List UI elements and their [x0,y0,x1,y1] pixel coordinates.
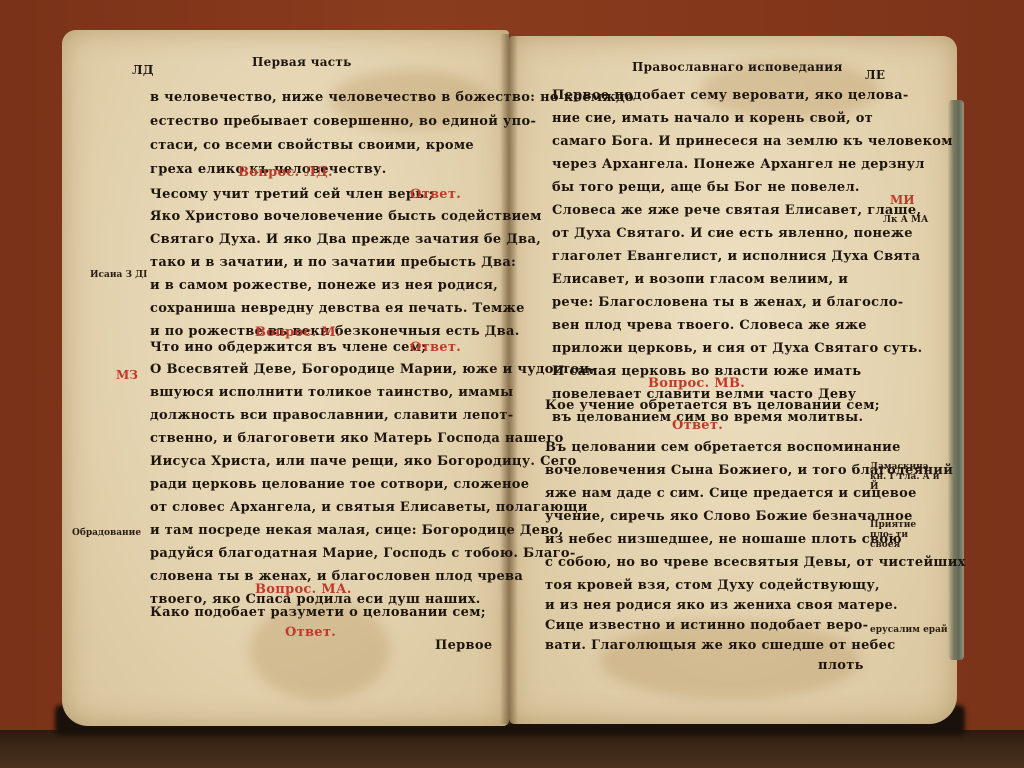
text-line: ние сие, имать начало и корень свой, от [552,111,873,126]
text-line: глаголет Евангелист, и исполнися Духа Св… [552,249,920,264]
margin-note: Обрадование [72,528,141,538]
text-line: Яко Христово вочеловечение бысть содейст… [150,209,542,224]
running-head: Православнаго исповедания [632,60,843,74]
question-lead: Кое учение обретается въ целовании сем; [545,398,880,413]
question-heading: Вопрос. М. [255,325,341,340]
margin-note: МЗ [116,368,138,382]
running-head: Первая часть [252,55,352,69]
text-line: Елисавет, и возопи гласом велиим, и [552,272,848,287]
text-line: О Всесвятей Деве, Богородице Марии, юже … [150,362,595,377]
table-edge [0,730,1024,768]
text-line: ственно, и благоговети яко Матерь Господ… [150,431,564,446]
text-line: приложи церковь, и сия от Духа Святаго с… [552,341,922,356]
text-line: Святаго Духа. И яко Два прежде зачатия б… [150,232,541,247]
text-line: вати. Глаголющыя же яко сшедше от небес [545,638,895,653]
question-heading: Вопрос. ЛД. [238,165,333,180]
margin-note: Приятие пло- ти своея [870,520,940,550]
text-line: плоть [818,658,864,673]
text-line: самаго Бога. И принесеся на землю къ чел… [552,134,953,149]
answer-label: Ответ. [672,418,723,433]
answer-label: Ответ. [410,187,461,202]
folio-number: ЛД [132,63,154,77]
margin-note: МИ [890,193,915,207]
text-line: вен плод чрева твоего. Словеса же яже [552,318,867,333]
book-fore-edge [948,100,964,660]
text-line: от Духа Святаго. И сие есть явленно, пон… [552,226,913,241]
text-line: Въ целовании сем обретается воспоминание [545,440,901,455]
text-line: с собою, но во чреве всесвятыя Девы, от … [545,555,966,570]
text-line: яже нам даде с сим. Сице предается и сиц… [545,486,917,501]
text-line: из небес низшедшее, не ношаше плоть свою [545,532,902,547]
answer-label: Ответ. [410,340,461,355]
text-line: через Архангела. Понеже Архангел не дерз… [552,157,925,172]
text-line: Словеса же яже рече святая Елисавет, гла… [552,203,921,218]
text-line: и в самом рожестве, понеже из нея родися… [150,278,498,293]
text-line: радуйся благодатная Марие, Господь с тоб… [150,546,576,561]
question-lead: Что ино обдержится въ члене сем; [150,340,426,355]
question-heading: Вопрос. МА. [255,582,352,597]
text-line: стаси, со всеми свойствы своими, кроме [150,138,474,153]
text-line: бы того рещи, аще бы Бог не повелел. [552,180,860,195]
text-line: от словес Архангела, и святыя Елисаветы,… [150,500,588,515]
text-line: тоя кровей взя, стом Духу содействующу, [545,578,880,593]
text-line: учение, сиречь яко Слово Божие безначалн… [545,509,913,524]
text-line: и из нея родися яко из жениха своя матер… [545,598,898,613]
margin-note: Исаиа З ДІ [90,270,147,280]
text-line: сохраниша невредну девства ея печать. Те… [150,301,525,316]
text-line: должность вси православнии, славити лепо… [150,408,513,423]
margin-note: Дамаскина кн. Г гла. Ä и Й [870,462,940,492]
text-line: естество пребывает совершенно, во единой… [150,114,536,129]
folio-number: ЛЕ [865,68,885,82]
text-line: рече: Благословена ты в женах, и благосл… [552,295,903,310]
catchword: Первое [435,638,492,653]
margin-note: Лк А МА [883,215,928,225]
answer-label: Ответ. [285,625,336,640]
book-gutter [500,34,518,724]
text-line: Иисуса Христа, или паче рещи, яко Богоро… [150,454,577,469]
question-lead: Чесому учит третий сей член веры; [150,187,434,202]
text-line: и там посреде некая малая, сице: Богород… [150,523,563,538]
question-lead: Како подобает разумети о целовании сем; [150,605,486,620]
text-line: Сице известно и истинно подобает веро- [545,618,868,633]
text-line: Первое подобает сему веровати, яко целов… [552,88,909,103]
text-line: ради церковь целование тое сотвори, слож… [150,477,529,492]
text-line: вшуюся исполнити толикое таинство, имамы [150,385,513,400]
text-line: тако и в зачатии, и по зачатии пребысть … [150,255,516,270]
margin-note: ерусалим ерай [870,625,948,635]
question-heading: Вопрос. МВ. [648,376,745,391]
